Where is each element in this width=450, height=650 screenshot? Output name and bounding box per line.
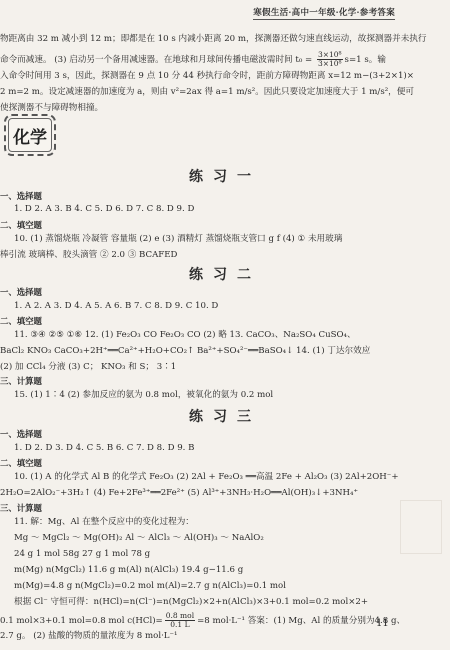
fraction-denominator: 0.1 L bbox=[165, 621, 195, 629]
answer-line: 1. D 2. A 3. B 4. C 5. D 6. D 7. C 8. D … bbox=[14, 203, 194, 215]
running-header: 寒假生活·高中一年级·化学·参考答案 bbox=[253, 6, 395, 20]
answer-line: m(Mg) n(MgCl₂) 11.6 g m(Al) n(AlCl₃) 19.… bbox=[14, 564, 243, 576]
text-segment: 命令而减速。 (3) 启动另一个备用减速器。在地球和月球间传播电磁波需时间 t₀… bbox=[0, 55, 315, 65]
text-line: 使探测器不与障碍物相撞。 bbox=[0, 102, 103, 114]
answer-line: 棒引流 玻璃棒、胶头滴管 ② 2.0 ③ BCAFED bbox=[0, 249, 177, 261]
text-segment: s=1 s。输 bbox=[345, 55, 386, 65]
answer-line: 2.7 g。 (2) 盐酸的物质的量浓度为 8 mol·L⁻¹ bbox=[0, 630, 178, 642]
section-heading: 三、计算题 bbox=[0, 502, 42, 514]
section-heading: 二、填空题 bbox=[0, 219, 42, 231]
answer-line: 0.1 mol×3+0.1 mol=0.8 mol c(HCl)=0.8 mol… bbox=[0, 612, 405, 629]
answer-line: Mg ～ MgCl₂ ～ Mg(OH)₂ Al ～ AlCl₃ ～ Al(OH)… bbox=[14, 532, 264, 544]
text-line: 命令而减速。 (3) 启动另一个备用减速器。在地球和月球间传播电磁波需时间 t₀… bbox=[0, 51, 386, 68]
answer-line: (2) 加 CCl₄ 分液 (3) C； KNO₃ 和 S； 3∶1 bbox=[0, 361, 176, 373]
fraction: 0.8 mol0.1 L bbox=[165, 612, 195, 629]
exercise-3-title: 练习三 bbox=[0, 406, 450, 426]
exercise-2-title: 练习二 bbox=[0, 264, 450, 284]
answer-line: 10. (1) A 的化学式 Al B 的化学式 Fe₂O₃ (2) 2Al +… bbox=[14, 471, 399, 483]
page-number: 11 bbox=[376, 618, 389, 629]
section-heading: 一、选择题 bbox=[0, 190, 42, 202]
answer-line: 11. ③④ ②⑤ ①⑥ 12. (1) Fe₂O₃ CO Fe₂O₃ CO (… bbox=[14, 329, 356, 341]
text-line: 入命令时间用 3 s，因此，探测器在 9 点 10 分 44 秒执行命令时，距前… bbox=[0, 70, 414, 82]
answer-line: 1. A 2. A 3. D 4. A 5. A 6. B 7. C 8. D … bbox=[14, 300, 218, 312]
text-segment: 0.1 mol×3+0.1 mol=0.8 mol c(HCl)= bbox=[0, 616, 163, 626]
answer-line: 1. D 2. D 3. D 4. C 5. B 6. C 7. D 8. D … bbox=[14, 442, 194, 454]
section-heading: 一、选择题 bbox=[0, 286, 42, 298]
answer-line: BaCl₂ KNO₃ CaCO₃+2H⁺══Ca²⁺+H₂O+CO₂↑ Ba²⁺… bbox=[0, 345, 370, 357]
document-page: 寒假生活·高中一年级·化学·参考答案 物距离由 32 m 减小到 12 m；即都… bbox=[0, 0, 450, 650]
fraction-denominator: 3×10⁸ bbox=[317, 60, 343, 68]
section-heading: 三、计算题 bbox=[0, 375, 42, 387]
answer-line: m(Mg)=4.8 g n(MgCl₂)=0.2 mol m(Al)=2.7 g… bbox=[14, 580, 286, 592]
exercise-1-title: 练习一 bbox=[0, 166, 450, 186]
bleed-through-decoration bbox=[400, 500, 442, 554]
section-heading: 一、选择题 bbox=[0, 428, 42, 440]
section-heading: 二、填空题 bbox=[0, 315, 42, 327]
text-line: 物距离由 32 m 减小到 12 m；即都是在 10 s 内减小距离 20 m，… bbox=[0, 33, 426, 45]
subject-badge: 化学 bbox=[4, 114, 56, 156]
answer-line: 24 g 1 mol 58g 27 g 1 mol 78 g bbox=[14, 548, 150, 560]
answer-line: 10. (1) 蒸馏烧瓶 冷凝管 容量瓶 (2) e (3) 酒精灯 蒸馏烧瓶支… bbox=[14, 233, 342, 245]
section-heading: 二、填空题 bbox=[0, 457, 42, 469]
answer-line: 11. 解：Mg、Al 在整个反应中的变化过程为： bbox=[14, 516, 194, 528]
answer-line: 2H₂O=2AlO₂⁻+3H₂↑ (4) Fe+2Fe³⁺══2Fe²⁺ (5)… bbox=[0, 487, 358, 499]
text-segment: =8 mol·L⁻¹ 答案：(1) Mg、Al 的质量分别为4.8 g、 bbox=[197, 616, 405, 626]
fraction: 3×10⁸3×10⁸ bbox=[317, 51, 343, 68]
answer-line: 15. (1) 1∶4 (2) 参加反应的氨为 0.8 mol，被氧化的氨为 0… bbox=[14, 389, 273, 401]
text-line: 2 m=2 m。设定减速器的加速度为 a，则由 v²=2ax 得 a=1 m/s… bbox=[0, 86, 414, 98]
answer-line: 根据 Cl⁻ 守恒可得：n(HCl)=n(Cl⁻)=n(MgCl₂)×2+n(A… bbox=[14, 596, 368, 608]
subject-badge-label: 化学 bbox=[13, 123, 47, 148]
